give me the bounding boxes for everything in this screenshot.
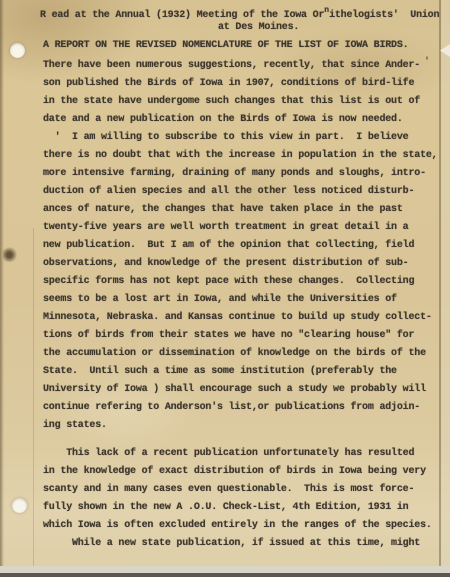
text-line: State. Until such a time as some institu… <box>43 363 437 381</box>
text-line: new publication. But I am of the opinion… <box>43 237 437 255</box>
text-line: the accumulation or dissemination of kno… <box>43 345 437 363</box>
text-line: seems to be a lost art in Iowa, and whil… <box>43 291 437 309</box>
document-title: A REPORT ON THE REVISED NOMENCLATURE OF … <box>43 37 408 55</box>
text-line <box>43 435 437 445</box>
text-line: there is no doubt that with the increase… <box>43 147 437 165</box>
text-line: This lack of a recent publication unfort… <box>43 445 437 463</box>
text-line: ' I am willing to subscribe to this view… <box>43 129 437 147</box>
text-line: scanty and in many cases even questionab… <box>43 481 437 499</box>
text-line: in the knowledge of exact distribution o… <box>43 463 437 481</box>
text-line: University of Iowa ) shall encourage suc… <box>43 381 437 399</box>
scan-bottom-strip <box>0 566 450 573</box>
text-line: tions of birds from their states we have… <box>43 327 437 345</box>
scan-bottom-edge <box>0 573 450 577</box>
text-line: continue refering to Anderson's list,or … <box>43 399 437 417</box>
text-line: son published the Birds of Iowa in 1907,… <box>43 75 437 93</box>
header-line-2: at Des Moines. <box>218 19 299 37</box>
text-line: twenty-five years are well worth treatme… <box>43 219 437 237</box>
text-line: date and a new publication on the Birds … <box>43 111 437 129</box>
text-line: duction of alien species and all the oth… <box>43 183 437 201</box>
hole-punch-top <box>10 43 25 58</box>
header-line-1-suffix: ithelogists' Union <box>329 10 439 21</box>
text-line: which Iowa is often excluded entirely in… <box>43 517 437 535</box>
paper-crease <box>33 228 34 571</box>
text-line: There have been numerous suggestions, re… <box>43 57 437 75</box>
text-line: While a new state publication, if issued… <box>43 535 437 553</box>
hole-punch-bottom <box>12 498 27 513</box>
text-line: more intensive farming, draining of many… <box>43 165 437 183</box>
ink-smudge <box>3 246 17 262</box>
text-line: specific forms has not kept pace with th… <box>43 273 437 291</box>
scanned-page: R ead at the Annual (1932) Meeting of th… <box>0 0 450 571</box>
text-line: in the state have undergome such changes… <box>43 93 437 111</box>
page-left-edge <box>0 0 4 571</box>
text-line: fully shown in the new A .O.U. Check-Lis… <box>43 499 437 517</box>
page-right-margin <box>441 0 450 571</box>
text-line: observations, and knowledge of the prese… <box>43 255 437 273</box>
text-line: ing states. <box>43 417 437 435</box>
body-text: There have been numerous suggestions, re… <box>43 57 437 553</box>
text-line: ances of nature, the changes that have t… <box>43 201 437 219</box>
text-line: Minnesota, Nebraska. and Kansas continue… <box>43 309 437 327</box>
page-right-edge-line <box>439 0 441 571</box>
handwritten-correction: n <box>324 6 329 15</box>
